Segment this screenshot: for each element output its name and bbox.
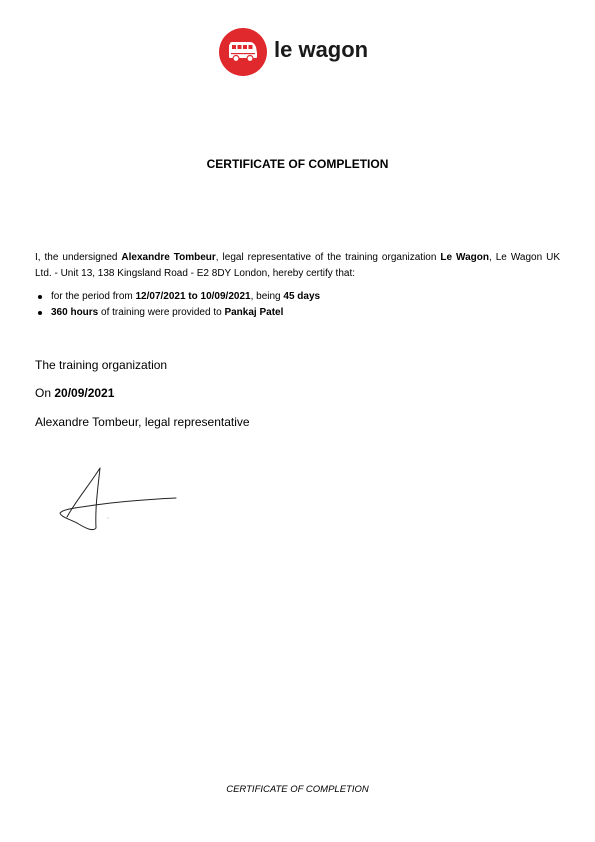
signer-line: Alexandre Tombeur, legal representative: [35, 415, 250, 429]
bullet-icon: [38, 295, 42, 299]
logo-badge: [219, 28, 267, 76]
training-duration: 45 days: [283, 291, 320, 302]
issue-date: 20/09/2021: [54, 386, 114, 400]
training-hours: 360 hours: [51, 307, 98, 318]
organization-line: The training organization: [35, 358, 167, 372]
item-text: for the period from: [51, 291, 135, 302]
certification-statement: I, the undersigned Alexandre Tombeur, le…: [35, 250, 560, 282]
le-wagon-logo: le wagon: [219, 28, 368, 76]
logo-wordmark: le wagon: [274, 37, 368, 63]
item-text: of training were provided to: [98, 307, 224, 318]
signatory-name: Alexandre Tombeur: [121, 252, 215, 263]
item-text: , being: [251, 291, 284, 302]
statement-text: I, the undersigned: [35, 252, 121, 263]
details-list: for the period from 12/07/2021 to 10/09/…: [35, 289, 320, 321]
page-footer: CERTIFICATE OF COMPLETION: [0, 784, 595, 795]
organization-name: Le Wagon: [440, 252, 489, 263]
date-line: On 20/09/2021: [35, 386, 114, 400]
date-prefix: On: [35, 386, 54, 400]
training-period: 12/07/2021 to 10/09/2021: [135, 291, 250, 302]
statement-text: , legal representative of the training o…: [216, 252, 441, 263]
bullet-icon: [38, 311, 42, 315]
certificate-title: CERTIFICATE OF COMPLETION: [0, 157, 595, 171]
list-item-hours: 360 hours of training were provided to P…: [35, 305, 320, 321]
signature-icon: [55, 462, 185, 542]
list-item-period: for the period from 12/07/2021 to 10/09/…: [35, 289, 320, 305]
bus-icon: [228, 41, 258, 63]
recipient-name: Pankaj Patel: [224, 307, 283, 318]
